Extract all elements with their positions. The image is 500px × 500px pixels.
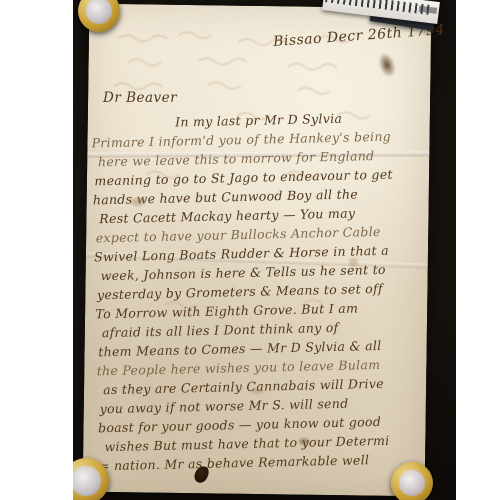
letter-body: In my last pr Mr D Sylvia Primare I info… — [89, 108, 400, 476]
paper-stain — [131, 198, 145, 206]
paper-stain — [251, 388, 263, 394]
coin-bottom-right — [391, 462, 433, 500]
paper-stain — [299, 438, 309, 445]
letter-salutation: Dr Beaver — [103, 90, 177, 106]
letter-photograph: Bissao Decr 26th 1794 Dr Beaver In my la… — [73, 0, 456, 500]
paper-stain — [349, 258, 358, 267]
screenshot-canvas: Bissao Decr 26th 1794 Dr Beaver In my la… — [0, 0, 500, 500]
